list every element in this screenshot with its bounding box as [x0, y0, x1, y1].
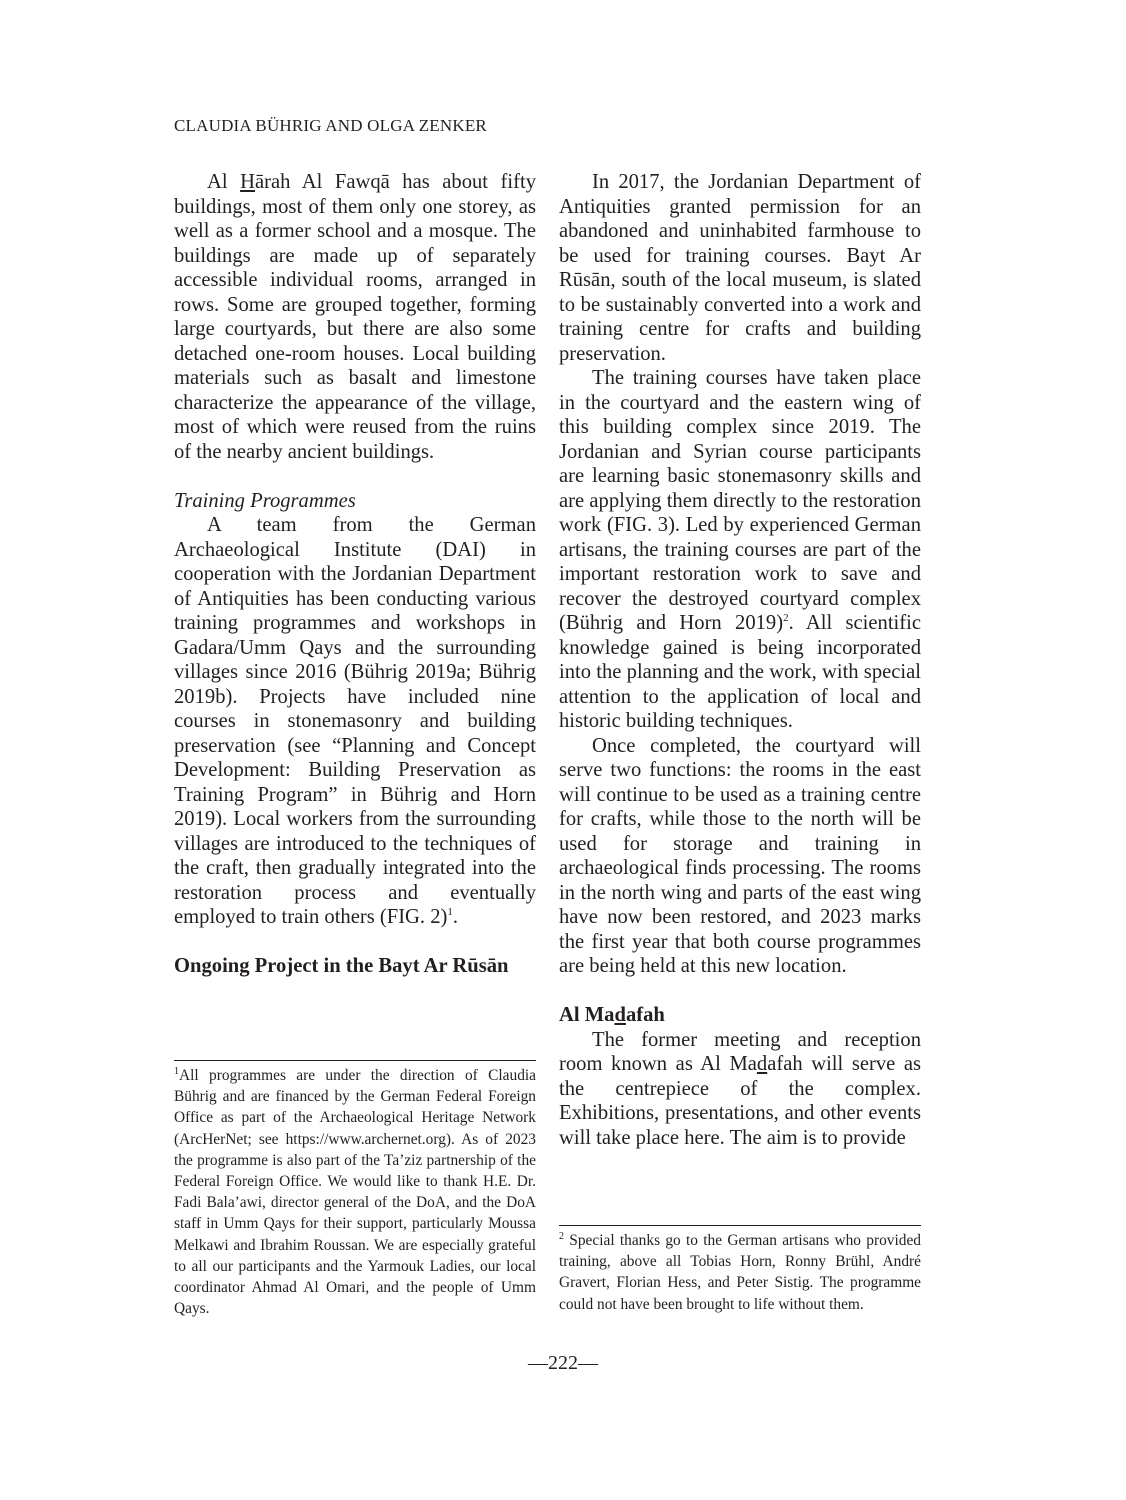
right-column: In 2017, the Jordanian Department of Ant…: [559, 170, 921, 1150]
footnote-1-text: 1All programmes are under the direction …: [174, 1065, 536, 1319]
paragraph-training-courses: The training courses have taken place in…: [559, 366, 921, 734]
footnote-2-text: 2 Special thanks go to the German artisa…: [559, 1230, 921, 1315]
intro-text: ārah Al Fawqā has about fifty buildings,…: [174, 171, 536, 463]
training-paragraph: A team from the German Archaeological In…: [174, 513, 536, 930]
heading-suffix: afah: [626, 1004, 665, 1026]
training-suffix: .: [453, 906, 458, 928]
madafah-underlined-letter: d: [757, 1053, 767, 1075]
training-text: A team from the German Archaeological In…: [174, 514, 536, 928]
running-head: CLAUDIA BÜHRIG AND OLGA ZENKER: [174, 116, 487, 136]
transliteration-underlined-letter: H: [240, 171, 255, 193]
footnote-1: 1All programmes are under the direction …: [174, 1060, 536, 1319]
footnote-2: 2 Special thanks go to the German artisa…: [559, 1225, 921, 1315]
footnote-1-body: All programmes are under the direction o…: [174, 1067, 536, 1317]
footnote-2-body: Special thanks go to the German artisans…: [559, 1232, 921, 1313]
left-column: Al Hārah Al Fawqā has about fifty buildi…: [174, 170, 536, 979]
heading-underlined-letter: d: [614, 1004, 625, 1026]
intro-paragraph: Al Hārah Al Fawqā has about fifty buildi…: [174, 170, 536, 464]
intro-prefix: Al: [207, 171, 240, 193]
training-courses-text: The training courses have taken place in…: [559, 367, 921, 634]
paragraph-courtyard-functions: Once completed, the courtyard will serve…: [559, 734, 921, 979]
subheading-training-programmes: Training Programmes: [174, 489, 536, 514]
section-heading-ongoing-project: Ongoing Project in the Bayt Ar Rūsān: [174, 954, 536, 979]
page-number: —222—: [0, 1352, 1126, 1375]
footnote-2-number: 2: [559, 1231, 564, 1242]
heading-prefix: Al Ma: [559, 1004, 614, 1026]
section-heading-al-madafah: Al Madafah: [559, 1003, 921, 1028]
paragraph-2017-permission: In 2017, the Jordanian Department of Ant…: [559, 170, 921, 366]
paragraph-madafah: The former meeting and reception room kn…: [559, 1028, 921, 1151]
